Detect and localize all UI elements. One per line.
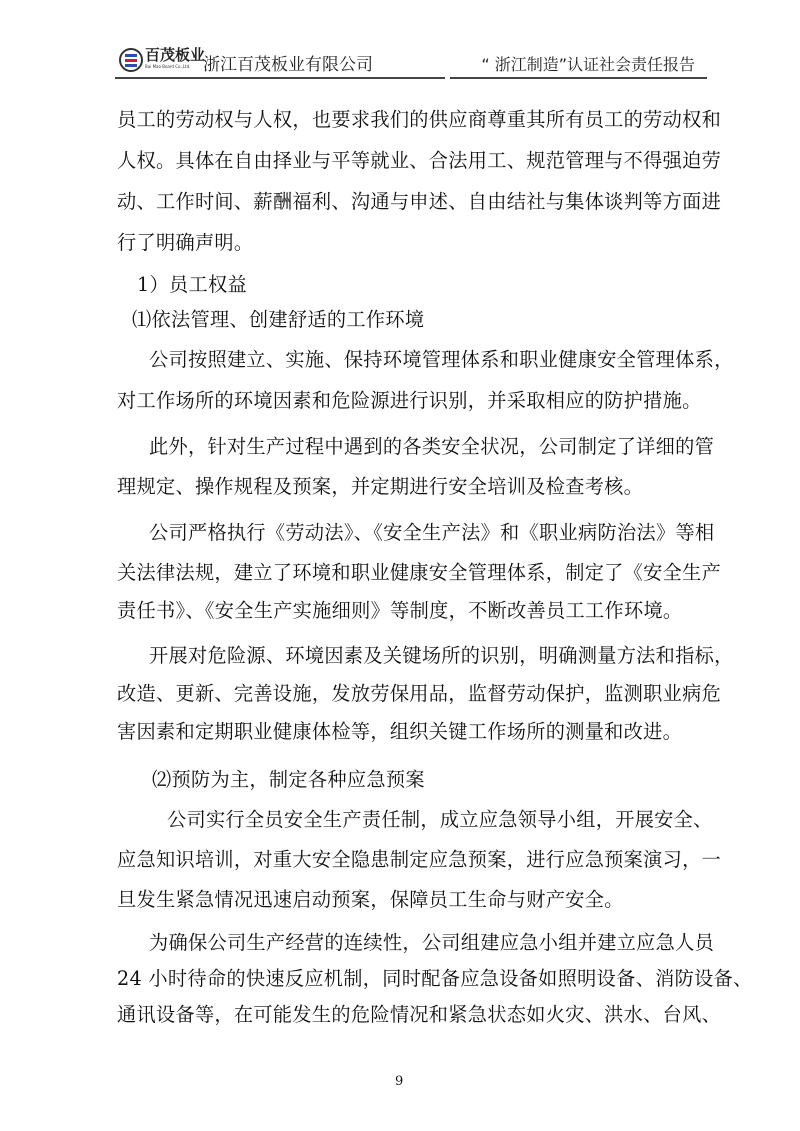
paragraph-line: 害因素和定期职业健康体检等，组织关键工作场所的测量和改进。	[117, 717, 682, 744]
section-heading: 1）员工权益	[137, 270, 247, 297]
paragraph-line: 责任书》、《安全生产实施细则》等制度，不断改善员工工作环境。	[117, 596, 682, 623]
report-title: “ 浙江制造”认证社会责任报告	[481, 52, 695, 75]
paragraph-line: 应急知识培训，对重大安全隐患制定应急预案，进行应急预案演习，一	[117, 845, 721, 872]
paragraph-line: 公司按照建立、实施、保持环境管理体系和职业健康安全管理体系，	[149, 345, 734, 372]
page-header: 百茂板业 Bai Mao Board Co.,Ltd. 浙江百茂板业有限公司 “…	[115, 42, 720, 78]
paragraph-line: 通讯设备等，在可能发生的危险情况和紧急状态如火灾、洪水、台风、	[117, 1000, 721, 1027]
header-divider	[115, 77, 445, 79]
paragraph-line: 理规定、操作规程及预案，并定期进行安全培训及检查考核。	[117, 472, 643, 499]
paragraph-line: 关法律法规，建立了环境和职业健康安全管理体系，制定了《安全生产	[117, 558, 721, 585]
paragraph-line: 公司严格执行《劳动法》、《安全生产法》和《职业病防治法》等相	[149, 518, 714, 545]
paragraph-line: 动、工作时间、薪酬福利、沟通与申述、自由结社与集体谈判等方面进	[117, 187, 721, 214]
paragraph-line: 人权。具体在自由择业与平等就业、合法用工、规范管理与不得强迫劳	[117, 146, 721, 173]
subsection-heading: ⑴依法管理、创建舒适的工作环境	[132, 305, 424, 332]
page-number: 9	[395, 1074, 403, 1089]
paragraph-line: 行了明确声明。	[117, 228, 253, 255]
paragraph-line: 员工的劳动权与人权，也要求我们的供应商尊重其所有员工的劳动权和	[117, 105, 721, 132]
logo-brand-text: 百茂板业	[145, 44, 205, 65]
paragraph-line: 24 小时待命的快速反应机制，同时配备应急设备如照明设备、消防设备、	[117, 964, 753, 991]
company-logo-icon	[119, 48, 143, 72]
company-name: 浙江百茂板业有限公司	[203, 50, 373, 75]
paragraph-line: 为确保公司生产经营的连续性，公司组建应急小组并建立应急人员	[149, 928, 714, 955]
paragraph-line: 对工作场所的环境因素和危险源进行识别，并采取相应的防护措施。	[117, 386, 702, 413]
paragraph-line: 旦发生紧急情况迅速启动预案，保障员工生命与财产安全。	[117, 885, 624, 912]
paragraph-line: 改造、更新、完善设施，发放劳保用品，监督劳动保护，监测职业病危	[117, 679, 721, 706]
header-divider	[450, 77, 707, 79]
paragraph-line: 此外，针对生产过程中遇到的各类安全状况，公司制定了详细的管	[149, 432, 714, 459]
paragraph-line: 公司实行全员安全生产责任制，成立应急领导小组，开展安全、	[167, 805, 713, 832]
paragraph-line: 开展对危险源、环境因素及关键场所的识别，明确测量方法和指标，	[149, 641, 734, 668]
logo-subtitle: Bai Mao Board Co.,Ltd.	[145, 64, 191, 69]
subsection-heading: ⑵预防为主，制定各种应急预案	[152, 765, 425, 792]
